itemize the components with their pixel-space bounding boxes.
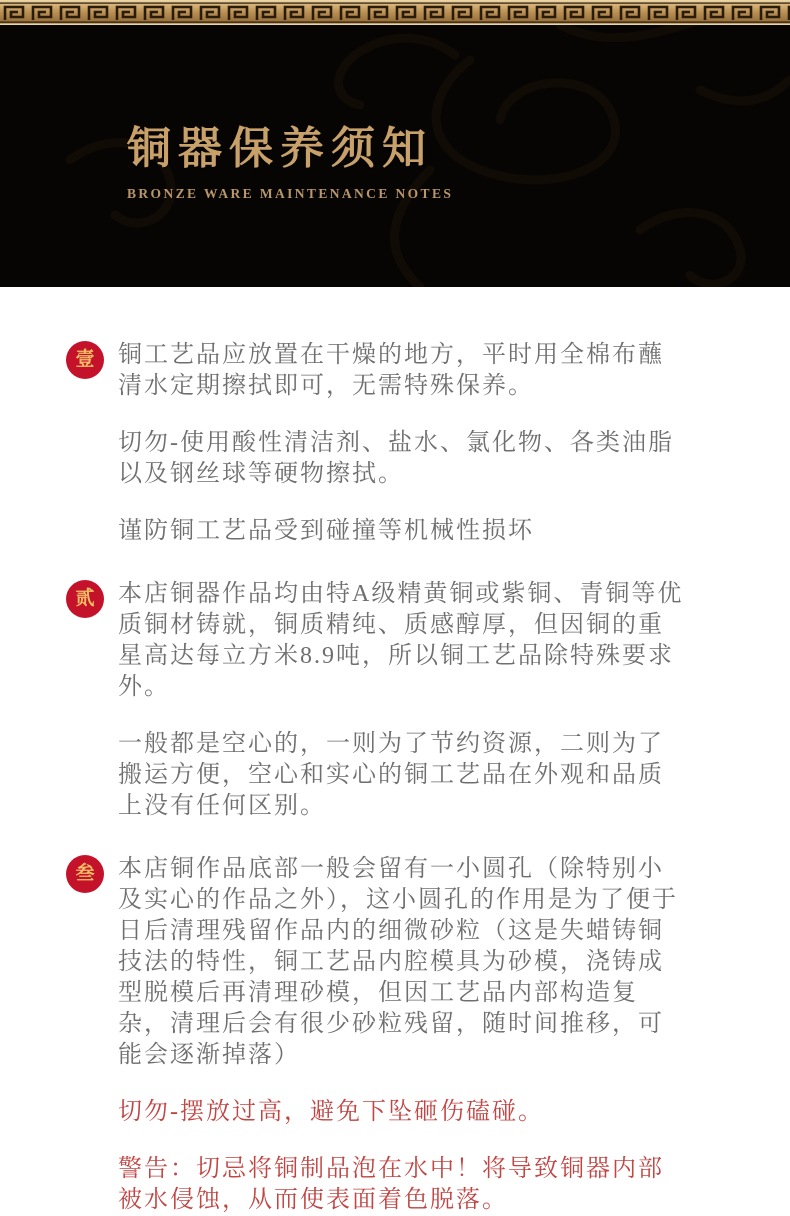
section-3-number-badge: 叁 [66,855,104,893]
greek-key-border [0,0,790,25]
section-2-number-badge: 贰 [66,580,104,618]
header-banner: 铜器保养须知 BRONZE WARE MAINTENANCE NOTES [0,0,790,287]
section-2-paragraph-2: 一般都是空心的，一则为了节约资源，二则为了搬运方便，空心和实心的铜工艺品在外观和… [118,729,686,822]
section-2: 贰 本店铜器作品均由特A级精黄铜或紫铜、青铜等优质铜材铸就，铜质精纯、质感醇厚，… [66,579,750,822]
section-3: 叁 本店铜作品底部一般会留有一小圆孔（除特别小及实心的作品之外），这小圆孔的作用… [66,854,750,1216]
section-3-warning-2: 警告：切忌将铜制品泡在水中！将导致铜器内部被水侵蚀，从而使表面着色脱落。 [118,1154,686,1216]
section-1-paragraph-1: 铜工艺品应放置在干燥的地方，平时用全棉布蘸清水定期擦拭即可，无需特殊保养。 [118,340,686,402]
section-1-texts: 铜工艺品应放置在干燥的地方，平时用全棉布蘸清水定期擦拭即可，无需特殊保养。 切勿… [118,340,686,547]
section-1-paragraph-3: 谨防铜工艺品受到碰撞等机械性损坏 [118,516,686,547]
section-1: 壹 铜工艺品应放置在干燥的地方，平时用全棉布蘸清水定期擦拭即可，无需特殊保养。 … [66,340,750,547]
section-3-texts: 本店铜作品底部一般会留有一小圆孔（除特别小及实心的作品之外），这小圆孔的作用是为… [118,854,686,1216]
page-title: 铜器保养须知 [127,112,453,176]
section-2-texts: 本店铜器作品均由特A级精黄铜或紫铜、青铜等优质铜材铸就，铜质精纯、质感醇厚，但因… [118,579,686,822]
maintenance-notes-content: 壹 铜工艺品应放置在干燥的地方，平时用全棉布蘸清水定期擦拭即可，无需特殊保养。 … [0,287,790,1216]
section-3-paragraph-1: 本店铜作品底部一般会留有一小圆孔（除特别小及实心的作品之外），这小圆孔的作用是为… [118,854,686,1071]
page-subtitle: BRONZE WARE MAINTENANCE NOTES [127,186,453,202]
section-3-warning-1: 切勿-摆放过高，避免下坠砸伤磕碰。 [118,1097,686,1128]
section-2-paragraph-1: 本店铜器作品均由特A级精黄铜或紫铜、青铜等优质铜材铸就，铜质精纯、质感醇厚，但因… [118,579,686,703]
title-block: 铜器保养须知 BRONZE WARE MAINTENANCE NOTES [127,112,453,202]
section-1-number-badge: 壹 [66,341,104,379]
section-1-paragraph-2: 切勿-使用酸性清洁剂、盐水、氯化物、各类油脂以及钢丝球等硬物擦拭。 [118,428,686,490]
